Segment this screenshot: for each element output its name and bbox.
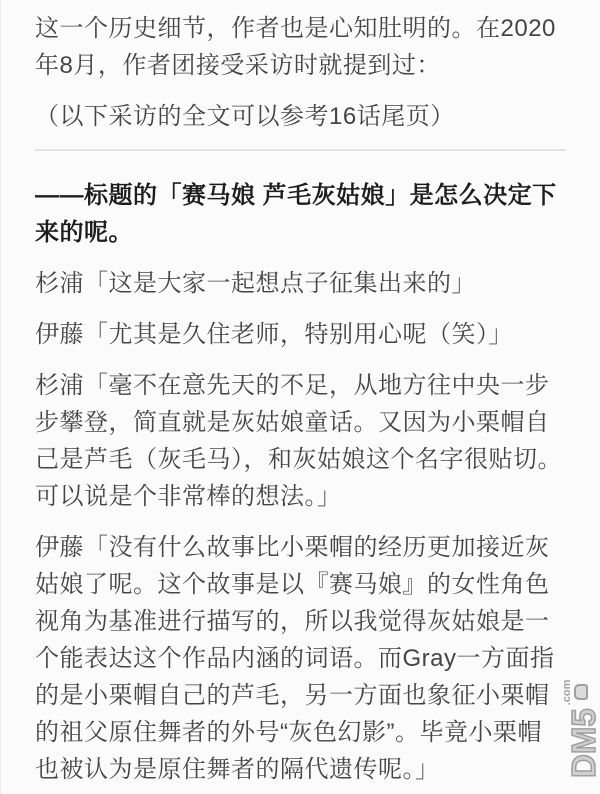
quote-ito-short: 伊藤「尤其是久住老师，特别用心呢（笑）」 <box>35 316 566 353</box>
article-page: 这一个历史细节，作者也是心知肚明的。在2020年8月，作者团接受采访时就提到过：… <box>0 0 600 794</box>
dm5-watermark: DM5 .com <box>560 666 600 778</box>
quote-sugiura-short: 杉浦「这是大家一起想点子征集出来的」 <box>35 265 566 302</box>
dm5-mascot-icon <box>574 684 588 700</box>
quote-sugiura-long: 杉浦「毫不在意先天的不足，从地方往中央一步步攀登，简直就是灰姑娘童话。又因为小栗… <box>35 367 566 515</box>
intro-paragraph: 这一个历史细节，作者也是心知肚明的。在2020年8月，作者团接受采访时就提到过： <box>35 10 566 84</box>
interview-question-heading: ——标题的「赛马娘 芦毛灰姑娘」是怎么决定下来的呢。 <box>35 177 566 251</box>
quote-ito-long: 伊藤「没有什么故事比小栗帽的经历更加接近灰姑娘了呢。这个故事是以『赛马娘』的女性… <box>35 529 566 788</box>
dm5-logo-text: DM5 <box>567 708 600 778</box>
interview-reference-note: （以下采访的全文可以参考16话尾页） <box>35 98 566 135</box>
section-divider <box>35 149 566 151</box>
